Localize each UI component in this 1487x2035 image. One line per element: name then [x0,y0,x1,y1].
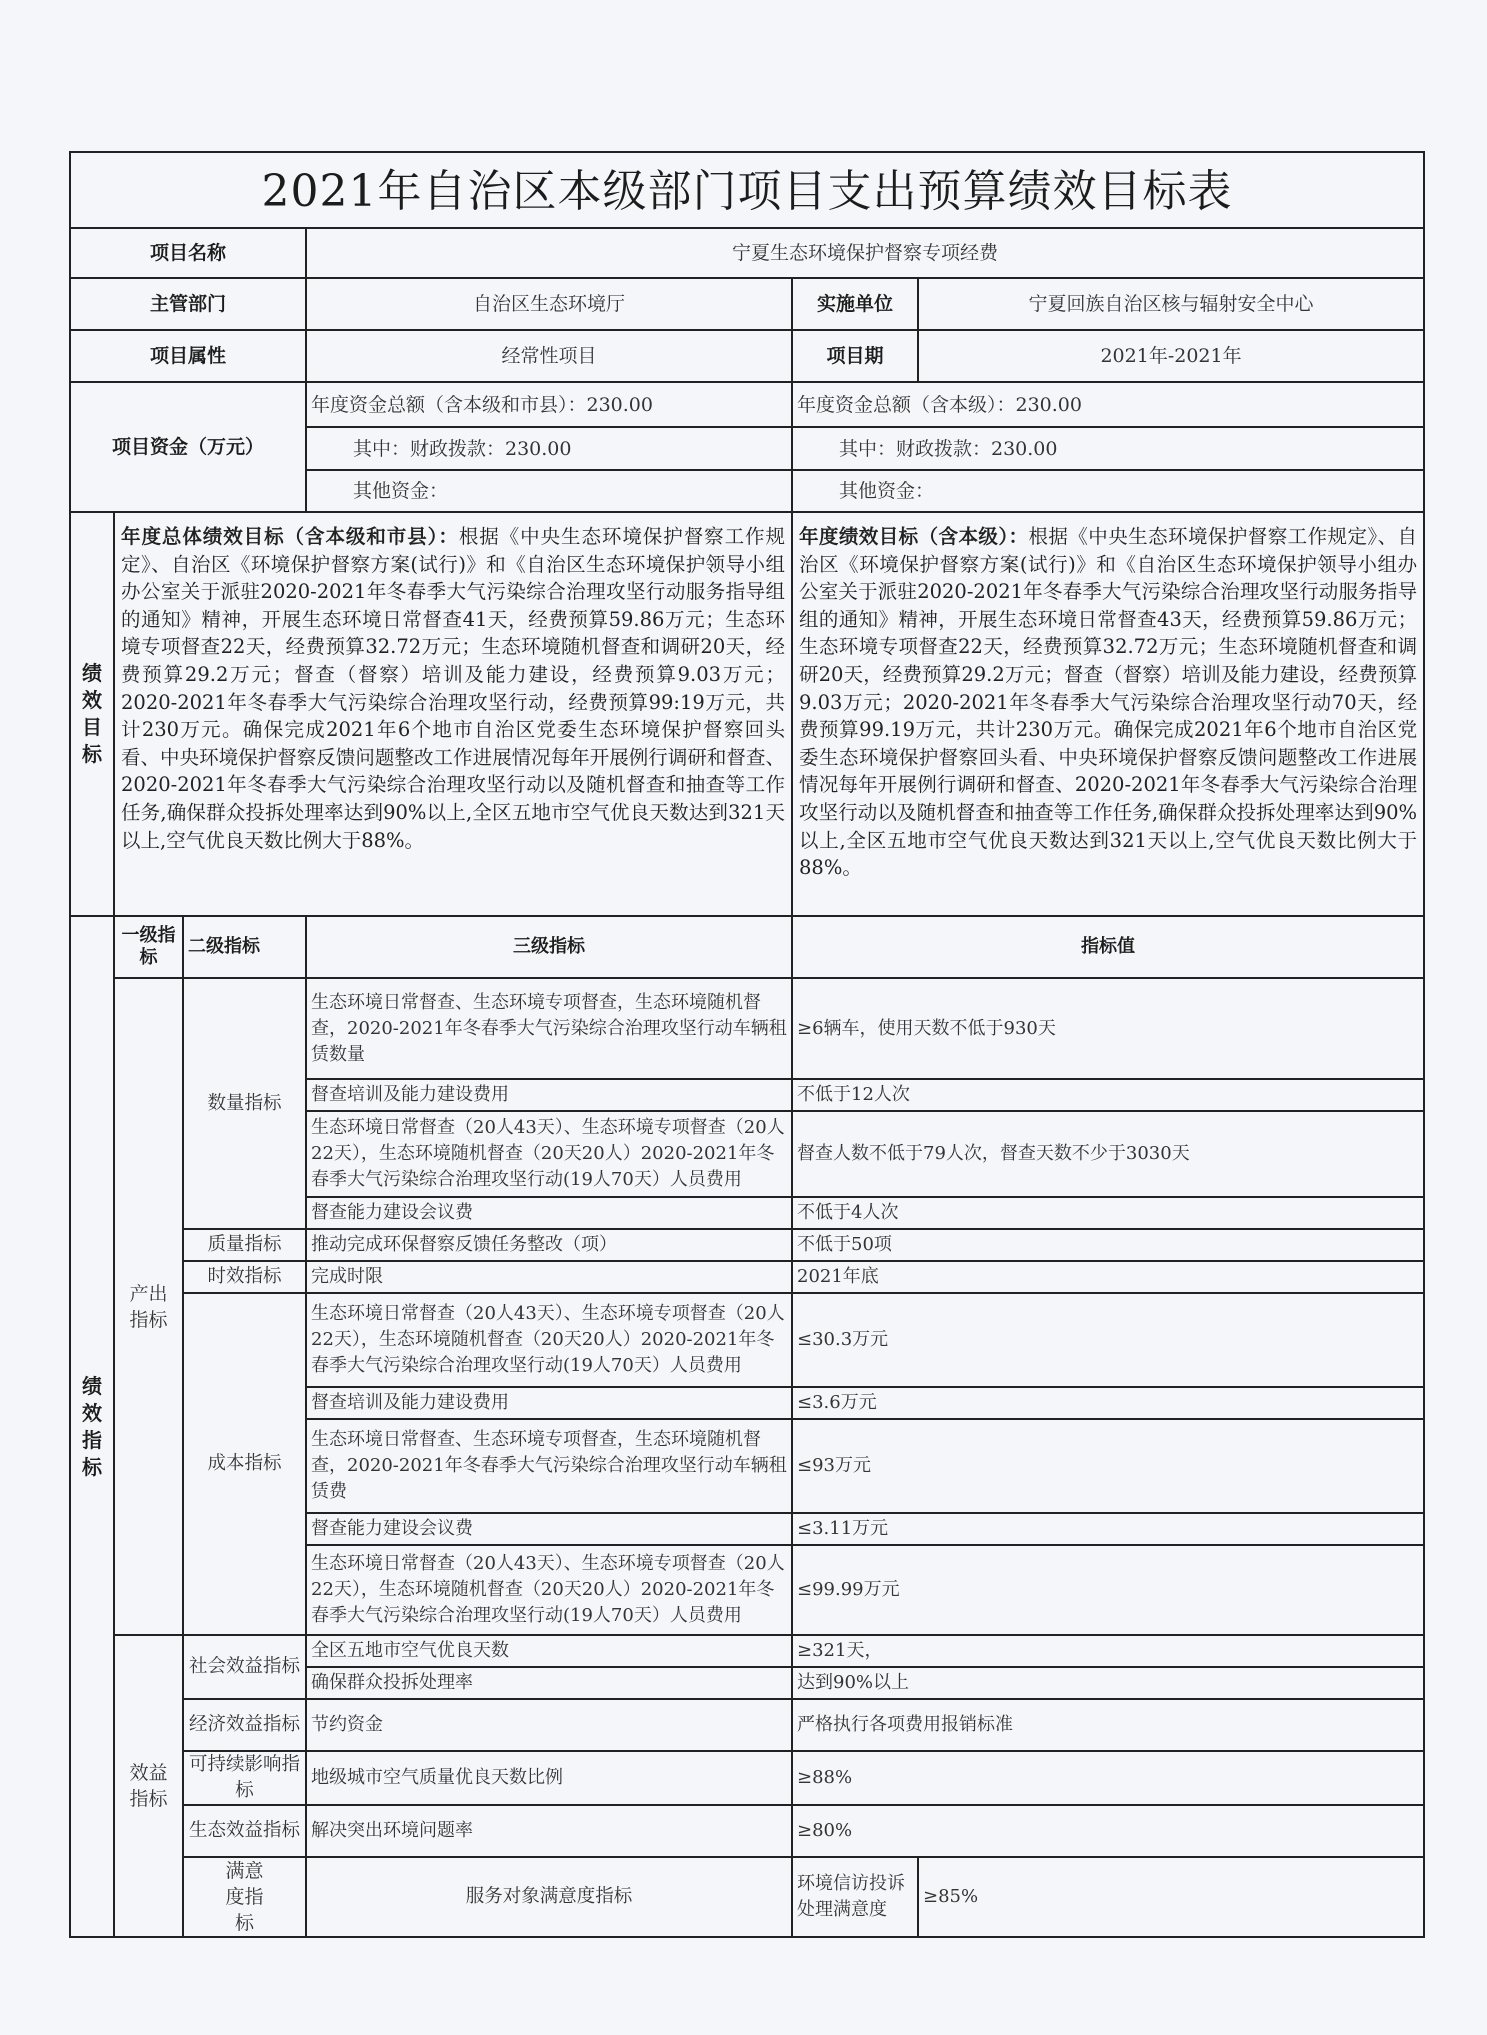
indicator-value: ≥85% [918,1857,1424,1937]
indicator-l3: 生态环境日常督查、生态环境专项督查，生态环境随机督查，2020-2021年冬春季… [306,1419,792,1513]
attr-label: 项目属性 [70,330,306,382]
indicator-value: 督查人数不低于79人次，督查天数不少于3030天 [792,1111,1424,1197]
indicator-l3: 确保群众投拆处理率 [306,1667,792,1699]
table-row: 效益指标 社会效益指标 全区五地市空气优良天数 ≥321天， [70,1635,1424,1667]
indicator-value: ≤99.99万元 [792,1545,1424,1635]
indicators-label: 绩效指标 [70,916,114,1937]
goals-right-text: 根据《中央生态环境保护督察工作规定》、自治区《环境保护督察方案(试行)》和《自治… [799,525,1417,879]
indicator-value: ≥80% [792,1805,1424,1857]
indicator-value: ≥321天， [792,1635,1424,1667]
indicator-value: ≤3.11万元 [792,1513,1424,1545]
indicator-value: ≥6辆车，使用天数不低于930天 [792,978,1424,1079]
funds-label: 项目资金（万元） [70,382,306,512]
funds-left-fiscal: 其中：财政拨款：230.00 [306,427,792,470]
subgroup-timeliness: 时效指标 [183,1261,306,1293]
header-level2: 二级指标 [183,916,306,978]
indicator-value: 达到90%以上 [792,1667,1424,1699]
indicator-l3: 地级城市空气质量优良天数比例 [306,1751,792,1805]
indicator-value: 不低于12人次 [792,1079,1424,1111]
group-satisfaction: 满意度指标 [183,1857,306,1937]
goals-left-text: 根据《中央生态环境保护督察工作规定》、自治区《环境保护督察方案(试行)》和《自治… [121,525,785,852]
subgroup-quality: 质量指标 [183,1229,306,1261]
indicator-l3: 生态环境日常督查（20人43天）、生态环境专项督查（20人22天），生态环境随机… [306,1111,792,1197]
table-row: 经济效益指标 节约资金 严格执行各项费用报销标准 [70,1699,1424,1751]
period-value: 2021年-2021年 [918,330,1424,382]
goals-left: 年度总体绩效目标（含本级和市县）：根据《中央生态环境保护督察工作规定》、自治区《… [114,512,792,916]
group-benefit: 效益指标 [114,1635,183,1937]
indicator-l3: 环境信访投诉处理满意度 [792,1857,918,1937]
indicator-l3: 生态环境日常督查（20人43天）、生态环境专项督查（20人22天），生态环境随机… [306,1293,792,1387]
period-label: 项目期 [792,330,918,382]
indicator-l3: 督查培训及能力建设费用 [306,1387,792,1419]
funds-left-total: 年度资金总额（含本级和市县）：230.00 [306,382,792,427]
indicator-value: ≤3.6万元 [792,1387,1424,1419]
goals-left-heading: 年度总体绩效目标（含本级和市县）： [121,525,459,548]
indicator-value: ≥88% [792,1751,1424,1805]
subgroup-ecological: 生态效益指标 [183,1805,306,1857]
project-name-value: 宁夏生态环境保护督察专项经费 [306,228,1424,278]
group-output: 产出指标 [114,978,183,1635]
header-value: 指标值 [792,916,1424,978]
indicator-value: 不低于4人次 [792,1197,1424,1229]
dept-label: 主管部门 [70,278,306,330]
indicator-l3: 生态环境日常督查、生态环境专项督查，生态环境随机督查，2020-2021年冬春季… [306,978,792,1079]
dept-value: 自治区生态环境厅 [306,278,792,330]
indicator-l3: 完成时限 [306,1261,792,1293]
indicator-l3: 督查能力建设会议费 [306,1197,792,1229]
subgroup-economic: 经济效益指标 [183,1699,306,1751]
subgroup-sustainable: 可持续影响指标 [183,1751,306,1805]
indicator-value: ≤93万元 [792,1419,1424,1513]
subgroup-cost: 成本指标 [183,1293,306,1635]
indicator-l3: 解决突出环境问题率 [306,1805,792,1857]
header-level1: 一级指标 [114,916,183,978]
indicator-l3: 全区五地市空气优良天数 [306,1635,792,1667]
funds-right-fiscal: 其中：财政拨款：230.00 [792,427,1424,470]
table-row: 成本指标 生态环境日常督查（20人43天）、生态环境专项督查（20人22天），生… [70,1293,1424,1387]
indicator-value: 不低于50项 [792,1229,1424,1261]
goals-right-heading: 年度绩效目标（含本级）： [799,525,1029,548]
table-row: 质量指标 推动完成环保督察反馈任务整改（项） 不低于50项 [70,1229,1424,1261]
indicator-l3: 督查培训及能力建设费用 [306,1079,792,1111]
attr-value: 经常性项目 [306,330,792,382]
table-row: 产出指标 数量指标 生态环境日常督查、生态环境专项督查，生态环境随机督查，202… [70,978,1424,1079]
indicator-value: 2021年底 [792,1261,1424,1293]
form-title: 2021年自治区本级部门项目支出预算绩效目标表 [70,152,1424,228]
indicator-l3: 节约资金 [306,1699,792,1751]
performance-target-form: 2021年自治区本级部门项目支出预算绩效目标表 项目名称 宁夏生态环境保护督察专… [69,151,1423,1938]
funds-right-total: 年度资金总额（含本级）：230.00 [792,382,1424,427]
table-row: 满意度指标 服务对象满意度指标 环境信访投诉处理满意度 ≥85% [70,1857,1424,1937]
goals-right: 年度绩效目标（含本级）：根据《中央生态环境保护督察工作规定》、自治区《环境保护督… [792,512,1424,916]
indicator-l3: 推动完成环保督察反馈任务整改（项） [306,1229,792,1261]
header-level3: 三级指标 [306,916,792,978]
project-name-label: 项目名称 [70,228,306,278]
table-row: 时效指标 完成时限 2021年底 [70,1261,1424,1293]
table-row: 可持续影响指标 地级城市空气质量优良天数比例 ≥88% [70,1751,1424,1805]
subgroup-service: 服务对象满意度指标 [306,1857,792,1937]
indicator-value: 严格执行各项费用报销标准 [792,1699,1424,1751]
impl-value: 宁夏回族自治区核与辐射安全中心 [918,278,1424,330]
subgroup-social: 社会效益指标 [183,1635,306,1699]
funds-left-other: 其他资金： [306,470,792,512]
indicator-l3: 生态环境日常督查（20人43天）、生态环境专项督查（20人22天），生态环境随机… [306,1545,792,1635]
funds-right-other: 其他资金： [792,470,1424,512]
form-table: 2021年自治区本级部门项目支出预算绩效目标表 项目名称 宁夏生态环境保护督察专… [69,151,1425,1938]
impl-label: 实施单位 [792,278,918,330]
indicator-l3: 督查能力建设会议费 [306,1513,792,1545]
goals-label: 绩效目标 [70,512,114,916]
subgroup-quantity: 数量指标 [183,978,306,1229]
indicator-value: ≤30.3万元 [792,1293,1424,1387]
table-row: 生态效益指标 解决突出环境问题率 ≥80% [70,1805,1424,1857]
